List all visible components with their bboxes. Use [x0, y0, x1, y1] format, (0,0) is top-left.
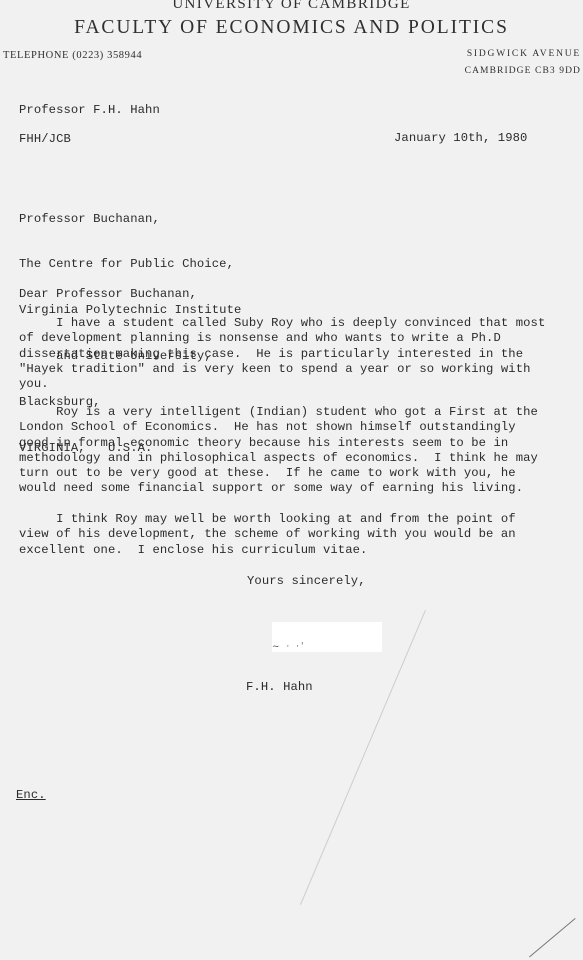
body-paragraph-2: Roy is a very intelligent (Indian) stude… [19, 405, 579, 497]
address-city: CAMBRIDGE CB3 9DD [465, 66, 581, 76]
paper-crease [300, 610, 426, 905]
sender-name: Professor F.H. Hahn [19, 103, 160, 117]
paragraph-line: dissertation making this case. He is par… [19, 347, 579, 362]
paragraph-line: turn out to be very good at these. If he… [19, 466, 579, 481]
paragraph-line: Roy is a very intelligent (Indian) stude… [19, 405, 579, 420]
faculty-name: FACULTY OF ECONOMICS AND POLITICS [0, 17, 583, 39]
body-paragraph-1: I have a student called Suby Roy who is … [19, 316, 579, 392]
recipient-line: Professor Buchanan, [19, 212, 241, 227]
recipient-line: The Centre for Public Choice, [19, 257, 241, 272]
signer-name: F.H. Hahn [246, 680, 313, 694]
letter-date: January 10th, 1980 [394, 131, 527, 145]
paragraph-line: excellent one. I enclose his curriculum … [19, 543, 579, 558]
paragraph-line: you. [19, 377, 579, 392]
telephone-number: TELEPHONE (0223) 358944 [3, 50, 142, 61]
paragraph-line: I think Roy may well be worth looking at… [19, 512, 579, 527]
body-paragraph-3: I think Roy may well be worth looking at… [19, 512, 579, 558]
university-name: UNIVERSITY OF CAMBRIDGE [0, 0, 583, 13]
signature: ~ · ·' [272, 642, 305, 652]
paragraph-line: would need some financial support or som… [19, 481, 579, 496]
paragraph-line: of development planning is nonsense and … [19, 331, 579, 346]
reference-code: FHH/JCB [19, 132, 71, 146]
paragraph-line: London School of Economics. He has not s… [19, 420, 579, 435]
paragraph-line: methodology and in philosophical aspects… [19, 451, 579, 466]
paragraph-line: "Hayek tradition" and is very keen to sp… [19, 362, 579, 377]
address-street: SIDGWICK AVENUE [467, 49, 581, 59]
paper-crease [529, 918, 576, 957]
enclosure-note: Enc. [16, 788, 46, 802]
closing: Yours sincerely, [247, 574, 366, 588]
salutation: Dear Professor Buchanan, [19, 287, 197, 301]
paragraph-line: view of his development, the scheme of w… [19, 527, 579, 542]
paragraph-line: I have a student called Suby Roy who is … [19, 316, 579, 331]
paragraph-line: good in formal economic theory because h… [19, 436, 579, 451]
